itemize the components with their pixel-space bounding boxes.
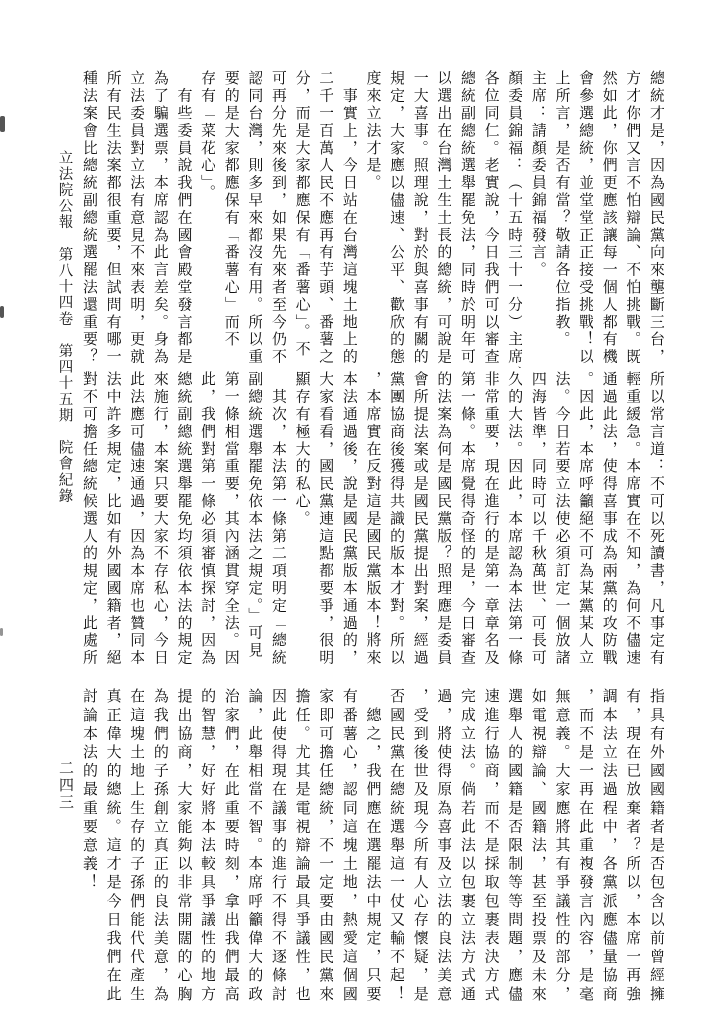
- gazette-page: 立法院公報 第八十四卷 第四十五期 院會紀錄 二四三 總統才是，因為國民黨向來壟…: [0, 0, 726, 1024]
- text-column: 顯存有極大的私心。: [295, 371, 310, 669]
- text-column: 指具有外國國籍者是否包含以前曾經擁: [649, 688, 664, 1012]
- text-column: 分，而是大家都應保有「番薯心」。不: [295, 70, 310, 368]
- text-column: ，而不是一再在此重複發言內容，是毫: [578, 688, 593, 1012]
- text-column: 可再分先來後到，如果先來者至今仍不: [271, 70, 286, 368]
- text-column: 真正偉大的總統。這才是今日我們在此: [106, 688, 121, 1012]
- text-column: 否國民黨在總統選舉這一仗又輸不起！: [389, 688, 404, 1012]
- text-column: 如電視辯論、國籍法，甚至投票及未來: [531, 688, 546, 1012]
- text-band-top: 總統才是，因為國民黨向來壟斷三台，方才你們又言不怕辯論、不怕挑戰。既然如此，你們…: [82, 70, 664, 368]
- text-column: 調本法立法過程中，各黨派應儘量協商: [602, 688, 617, 1012]
- text-column: 來施行，本案只要大家不存私心，今日: [153, 371, 168, 669]
- text-column: 上所言，是否有當？敬請各位指教。: [555, 70, 570, 368]
- text-column: 第一條。本席覺得奇怪的是，今日審查: [460, 371, 475, 669]
- text-column: 法中許多規定，比如有外國國籍者，絕: [106, 371, 121, 669]
- text-column: 總統才是，因為國民黨向來壟斷三台，: [649, 70, 664, 368]
- scan-smudge: [0, 306, 4, 318]
- text-column: 非常重要，現在進行的是第一章章名及: [484, 371, 499, 669]
- text-column: 久的大法。因此，本席認為本法第一條: [507, 371, 522, 669]
- text-band-middle: 所以常言道：不可以死讀書，凡事定有輕重緩急。本席實在不知，為何不儘速通過此法，使…: [82, 371, 664, 669]
- text-column: 事實上，今日站在台灣這塊土地上的: [342, 70, 357, 368]
- text-column: 副總統選舉罷免依本法之規定。」可見: [247, 371, 262, 669]
- text-column: 總統副總統選舉罷免均須依本法的規定: [177, 371, 192, 669]
- text-column: ，本席實在反對這是國民黨版本！將來: [366, 371, 381, 669]
- text-column: 輕重緩急。本席實在不知，為何不儘速: [625, 371, 640, 669]
- page-number: 二四三: [58, 760, 73, 811]
- text-column: 有番薯心，認同這塊土地，熱愛這個國: [342, 688, 357, 1012]
- text-column: 在這塊土地上生存的子孫們能代代產生: [129, 688, 144, 1012]
- text-column: 完成立法。倘若此法以包裹立法方式通: [460, 688, 475, 1012]
- text-column: 二千一百萬人民不應再有芋頭、番薯之: [318, 70, 333, 368]
- text-column: 然如此，你們更應該讓每一個人都有機: [602, 70, 617, 368]
- text-column: 以選出在台灣土生土長的總統，可說是: [436, 70, 451, 368]
- text-column: 立法委員對立法有意見不來表明，更就: [129, 70, 144, 368]
- text-column: 擔任。尤其是電視辯論最具爭議性，也: [295, 688, 310, 1012]
- text-column: 方才你們又言不怕辯論、不怕挑戰。既: [625, 70, 640, 368]
- text-band-bottom: 指具有外國國籍者是否包含以前曾經擁有，現在已放棄者？所以，本席一再強調本法立法過…: [82, 688, 664, 1012]
- text-column: 四海皆準，同時可以千秋萬世、可長可: [531, 371, 546, 669]
- text-column: 大家看看，國民黨連這點都要爭，很明: [318, 371, 333, 669]
- text-column: 總統副總統選舉罷免法，同時於明年可: [460, 70, 475, 368]
- gazette-header: 立法院公報 第八十四卷 第四十五期 院會紀錄: [57, 150, 72, 504]
- text-column: 過，將使得原為喜事及立法的良法美意: [436, 688, 451, 1012]
- text-column: 所有民生法案都很重要，但試問有哪一: [106, 70, 121, 368]
- text-column: 總之，我們應在選罷法中規定，只要: [366, 688, 381, 1012]
- text-column: 為了騙選票，本席認為此言差矣。身為: [153, 70, 168, 368]
- text-column: 此，我們對第一條必須審慎探討，因為: [200, 371, 215, 669]
- text-column: 因此使得現在議事的進行不得不逐條討: [271, 688, 286, 1012]
- text-column: 黨團協商後獲得共識的版本才對。所以: [389, 371, 404, 669]
- text-column: 各位同仁。老實說，今日我們可以審查: [484, 70, 499, 368]
- text-column: 。因此，本席呼籲絕不可為某黨某人立: [578, 371, 593, 669]
- text-column: 無意義。大家應將其有爭議性的部分，: [555, 688, 570, 1012]
- text-column: 論，此舉相當不智。本席呼籲偉大的政: [247, 688, 262, 1012]
- text-column: 顏委員錦福：（十五時三十一分）主席、: [507, 70, 522, 368]
- text-column: 法。今日若要立法使必須訂定一個放諸: [555, 371, 570, 669]
- text-column: 主席：請顏委員錦福發言。: [531, 70, 546, 368]
- text-column: 討論本法的最重要意義！: [82, 688, 97, 1012]
- text-column: 選舉人的國籍是否限制等等問題，應儘: [507, 688, 522, 1012]
- text-column: 對不可擔任總統候選人的規定，此處所: [82, 371, 97, 669]
- text-column: 度來立法才是。: [366, 70, 381, 368]
- text-column: 治家們，在此重要時刻，拿出我們最高: [224, 688, 239, 1012]
- text-column: 第一條相當重要，其內涵貫穿全法。因: [224, 371, 239, 669]
- text-column: 有些委員說我們在國會殿堂發言都是: [177, 70, 192, 368]
- scan-smudge: [0, 628, 3, 636]
- text-column: 一大喜事。照理說，對於與喜事有關的: [413, 70, 428, 368]
- text-column: 家即可擔任總統，不一定要由國民黨來: [318, 688, 333, 1012]
- scan-smudge: [0, 116, 5, 132]
- text-column: 的智慧，好好將本法較具爭議性的地方: [200, 688, 215, 1012]
- text-column: 有，現在已放棄者？所以，本席一再強: [625, 688, 640, 1012]
- text-column: 提出協商，大家能夠以非常開闊的心胸: [177, 688, 192, 1012]
- text-column: 通過此法，使得喜事成為兩黨的攻防戰: [602, 371, 617, 669]
- text-column: 種法案會比總統副總統選罷法還重要？: [82, 70, 97, 368]
- text-column: 為我們的子孫創立真正的良法美意，為: [153, 688, 168, 1012]
- text-column: 要的是大家都應保有「番薯心」而不: [224, 70, 239, 368]
- text-column: 認同台灣，則多早來都沒有用。所以重: [247, 70, 262, 368]
- text-column: 其次，本法第一條第二項明定「總統: [271, 371, 286, 669]
- text-column: 此法應可儘速通過，因為本席也贊同本: [129, 371, 144, 669]
- text-column: 會所提法案或是國民黨提出對案，經過: [413, 371, 428, 669]
- text-column: 規定，大家應以儘速、公平、歡欣的態: [389, 70, 404, 368]
- text-column: 速進行協商，而不是採取包裹表決方式: [484, 688, 499, 1012]
- text-column: 存有「菜花心」。: [200, 70, 215, 368]
- text-column: 會參選總統，並堂堂正正接受挑戰！以: [578, 70, 593, 368]
- text-column: 的法案為何是國民黨版？照理應是委員: [436, 371, 451, 669]
- text-column: ，受到後世及現今所有人心存懷疑，是: [413, 688, 428, 1012]
- text-column: 本法通過後，說是國民黨版本通過的，: [342, 371, 357, 669]
- text-column: 所以常言道：不可以死讀書，凡事定有: [649, 371, 664, 669]
